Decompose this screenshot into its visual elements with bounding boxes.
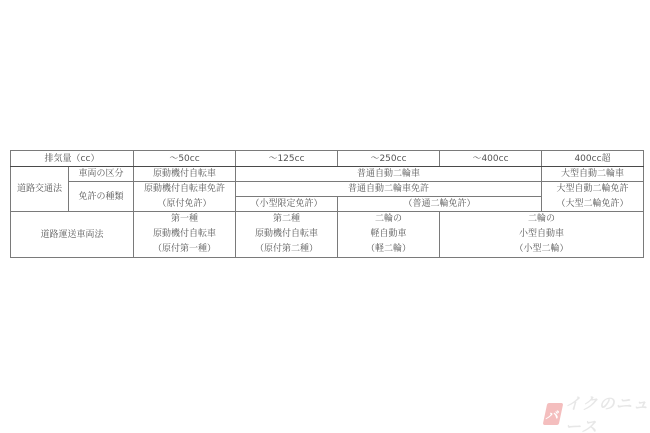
line: 第二種: [236, 212, 337, 227]
vehicle-class-moped: 原動機付自転車: [134, 167, 236, 182]
line: （原付第二種）: [236, 242, 337, 257]
displacement-law-table: 排気量（cc） 〜50cc 〜125cc 〜250cc 〜400cc 400cc…: [10, 150, 644, 258]
watermark: バ イクのニュース: [545, 401, 650, 427]
line: （原付第一種）: [134, 242, 235, 257]
line: 軽自動車: [338, 227, 439, 242]
license-large: 大型自動二輪免許: [542, 182, 644, 197]
line: 原動機付自転車: [236, 227, 337, 242]
line: 第一種: [134, 212, 235, 227]
road-traffic-law-label: 道路交通法: [11, 167, 69, 212]
transport-class-light: 二輪の 軽自動車 （軽二輪）: [338, 212, 440, 258]
brand-logo-icon: バ: [543, 403, 564, 425]
license-type-row-1: 免許の種類 原動機付自転車免許 普通自動二輪車免許 大型自動二輪免許: [11, 182, 644, 197]
header-row: 排気量（cc） 〜50cc 〜125cc 〜250cc 〜400cc 400cc…: [11, 151, 644, 167]
road-transport-law-label: 道路運送車両法: [11, 212, 134, 258]
line: 二輪の: [338, 212, 439, 227]
line: 原動機付自転車: [134, 227, 235, 242]
header-col-250: 〜250cc: [338, 151, 440, 167]
transport-class-moped-1: 第一種 原動機付自転車 （原付第一種）: [134, 212, 236, 258]
license-large-short: （大型二輪免許）: [542, 197, 644, 212]
vehicle-class-row: 道路交通法 車両の区分 原動機付自転車 普通自動二輪車 大型自動二輪車: [11, 167, 644, 182]
license-moped-short: （原付免許）: [134, 197, 236, 212]
license-standard-short: （普通二輪免許）: [338, 197, 542, 212]
transport-class-small: 二輪の 小型自動車 （小型二輪）: [440, 212, 644, 258]
line: 二輪の: [440, 212, 643, 227]
license-type-label: 免許の種類: [69, 182, 134, 212]
vehicle-class-label: 車両の区分: [69, 167, 134, 182]
license-moped: 原動機付自転車免許: [134, 182, 236, 197]
road-transport-row: 道路運送車両法 第一種 原動機付自転車 （原付第一種） 第二種 原動機付自転車 …: [11, 212, 644, 258]
license-small-limited: （小型限定免許）: [236, 197, 338, 212]
vehicle-class-large: 大型自動二輪車: [542, 167, 644, 182]
line: （小型二輪）: [440, 242, 643, 257]
header-col-125: 〜125cc: [236, 151, 338, 167]
transport-class-moped-2: 第二種 原動機付自転車 （原付第二種）: [236, 212, 338, 258]
header-col-over-400: 400cc超: [542, 151, 644, 167]
line: （軽二輪）: [338, 242, 439, 257]
header-col-50: 〜50cc: [134, 151, 236, 167]
header-displacement-label: 排気量（cc）: [11, 151, 134, 167]
line: 小型自動車: [440, 227, 643, 242]
license-standard: 普通自動二輪車免許: [236, 182, 542, 197]
vehicle-class-standard: 普通自動二輪車: [236, 167, 542, 182]
brand-name: イクのニュース: [565, 391, 650, 433]
header-col-400: 〜400cc: [440, 151, 542, 167]
